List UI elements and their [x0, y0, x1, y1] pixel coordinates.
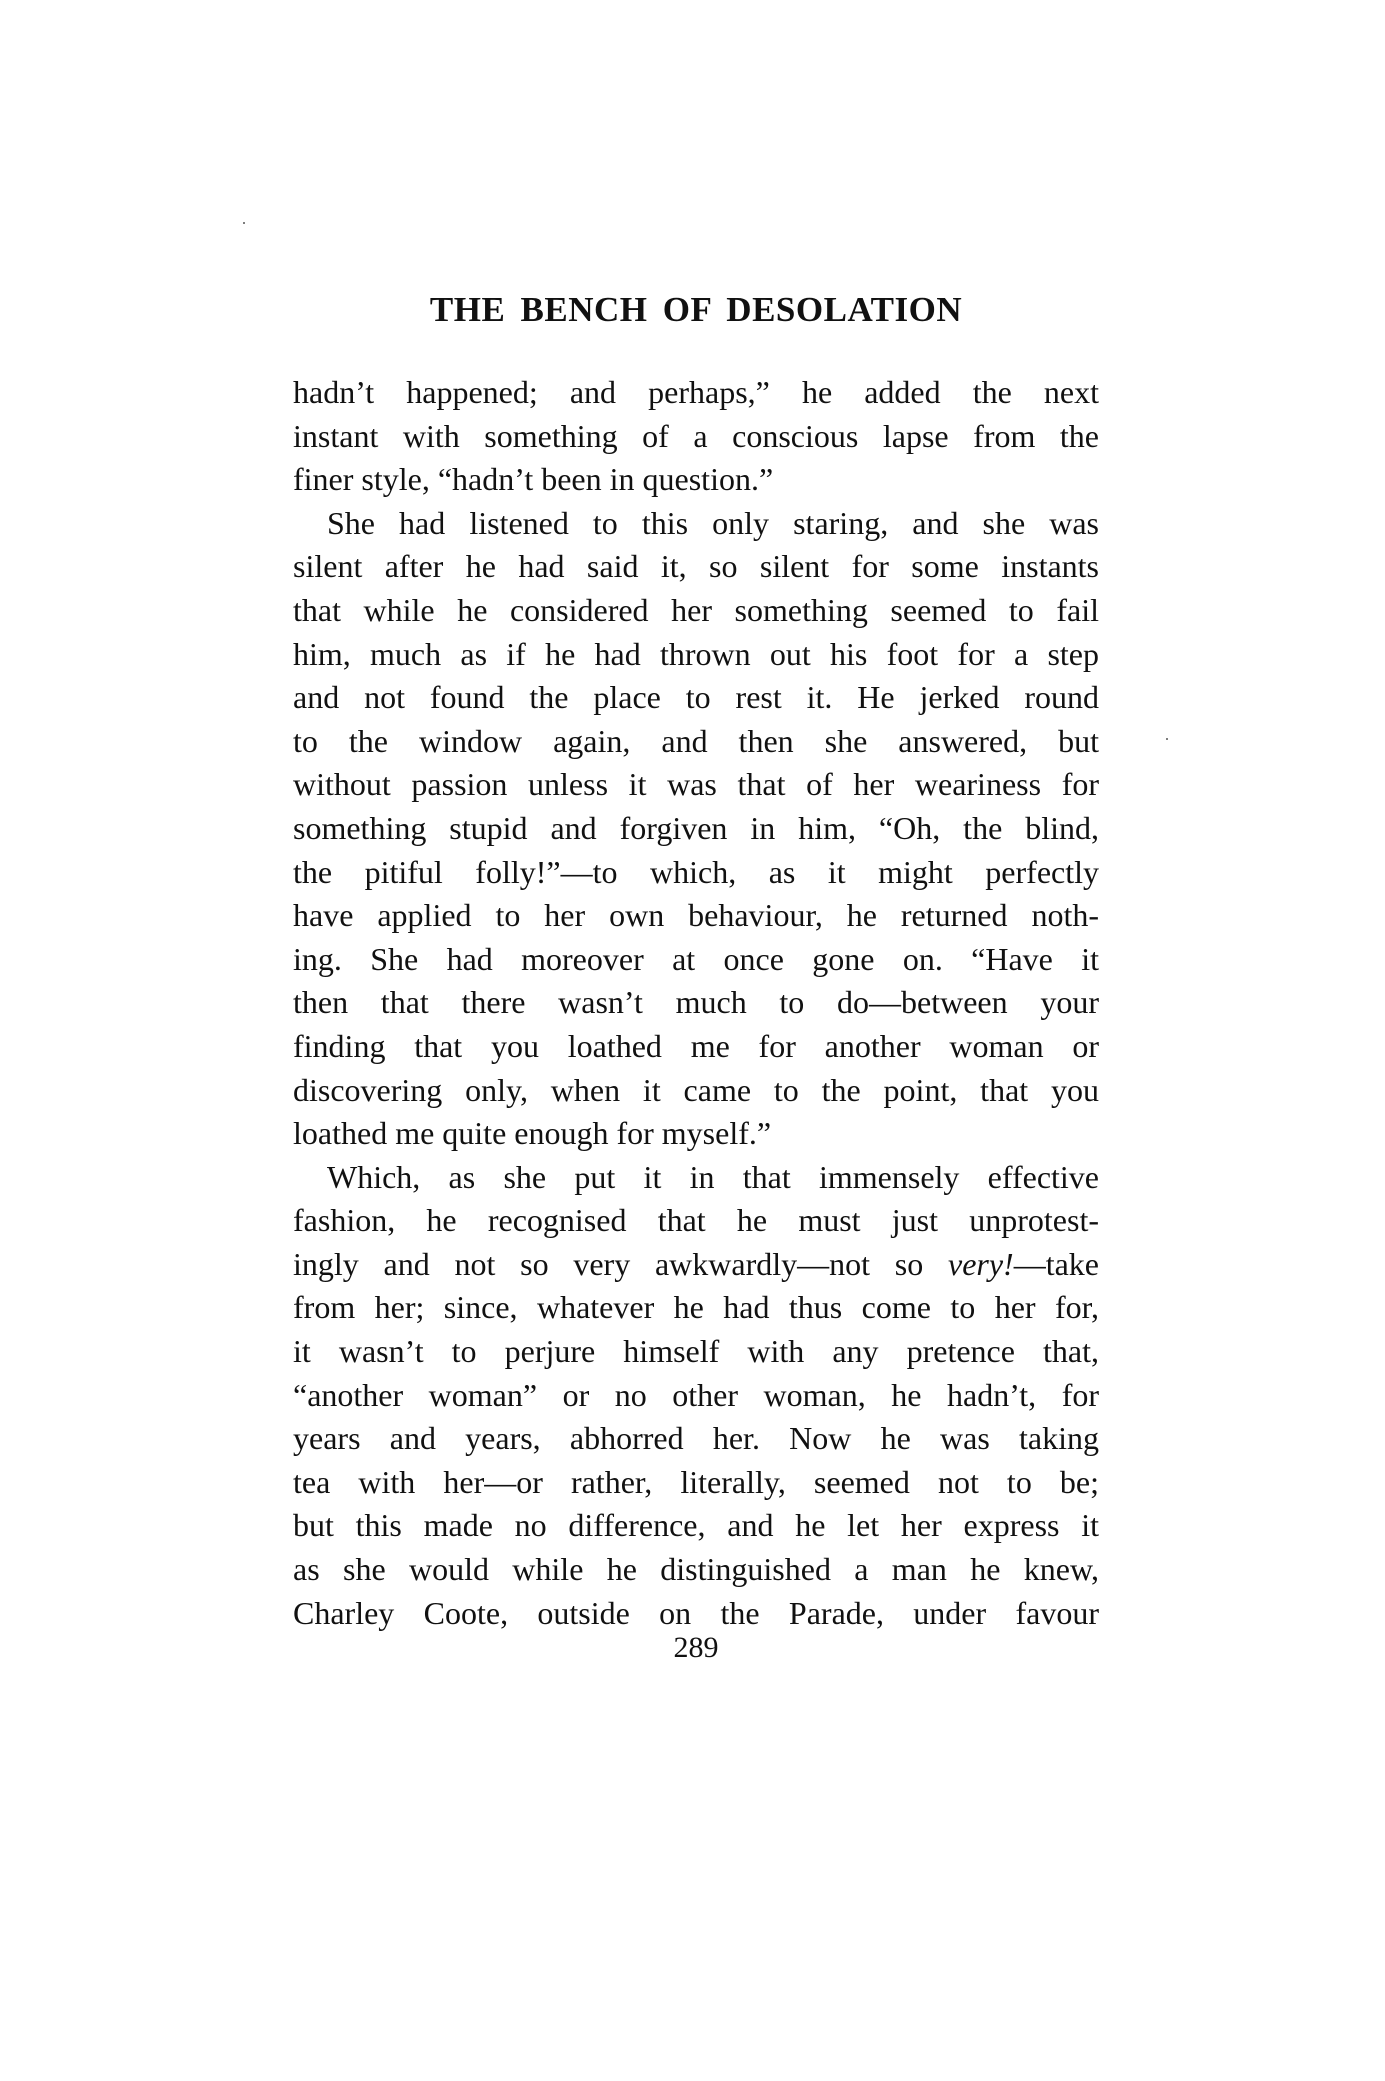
text-line: tea with her—or rather, literally, seeme…: [293, 1461, 1099, 1505]
text-line: discovering only, when it came to the po…: [293, 1069, 1099, 1113]
scan-speck: [1166, 738, 1168, 740]
text-line: silent after he had said it, so silent f…: [293, 545, 1099, 589]
page-number: 289: [293, 1628, 1099, 1668]
text-line: to the window again, and then she answer…: [293, 720, 1099, 764]
text-line: that while he considered her something s…: [293, 589, 1099, 633]
text-line: “another woman” or no other woman, he ha…: [293, 1374, 1099, 1418]
paragraph-start-line: She had listened to this only staring, a…: [293, 502, 1099, 546]
text-line: then that there wasn’t much to do—betwee…: [293, 981, 1099, 1025]
text-line: finer style, “hadn’t been in question.”: [293, 458, 1099, 502]
text-line: him, much as if he had thrown out his fo…: [293, 633, 1099, 677]
text-line: years and years, abhorred her. Now he wa…: [293, 1417, 1099, 1461]
text-line: finding that you loathed me for another …: [293, 1025, 1099, 1069]
running-head: THE BENCH OF DESOLATION: [293, 288, 1099, 332]
paragraph-start-line: Which, as she put it in that immensely e…: [293, 1156, 1099, 1200]
text-line: instant with something of a conscious la…: [293, 415, 1099, 459]
text-segment: —take: [1014, 1246, 1099, 1282]
text-line: hadn’t happened; and perhaps,” he added …: [293, 371, 1099, 415]
text-line: but this made no difference, and he let …: [293, 1504, 1099, 1548]
text-line: as she would while he distinguished a ma…: [293, 1548, 1099, 1592]
text-line: and not found the place to rest it. He j…: [293, 676, 1099, 720]
text-line: something stupid and forgiven in him, “O…: [293, 807, 1099, 851]
text-line: have applied to her own behaviour, he re…: [293, 894, 1099, 938]
text-line: loathed me quite enough for myself.”: [293, 1112, 1099, 1156]
text-line: the pitiful folly!”—to which, as it migh…: [293, 851, 1099, 895]
italic-emphasis: very!: [948, 1246, 1014, 1282]
text-line: it wasn’t to perjure himself with any pr…: [293, 1330, 1099, 1374]
scan-speck: [243, 222, 245, 224]
text-line: from her; since, whatever he had thus co…: [293, 1286, 1099, 1330]
text-line-with-italic: ingly and not so very awkwardly—not so v…: [293, 1243, 1099, 1287]
text-line: fashion, he recognised that he must just…: [293, 1199, 1099, 1243]
text-line: ing. She had moreover at once gone on. “…: [293, 938, 1099, 982]
body-text: hadn’t happened; and perhaps,” he added …: [293, 371, 1099, 1635]
text-line: without passion unless it was that of he…: [293, 763, 1099, 807]
text-segment: ingly and not so very awkwardly—not so: [293, 1246, 948, 1282]
